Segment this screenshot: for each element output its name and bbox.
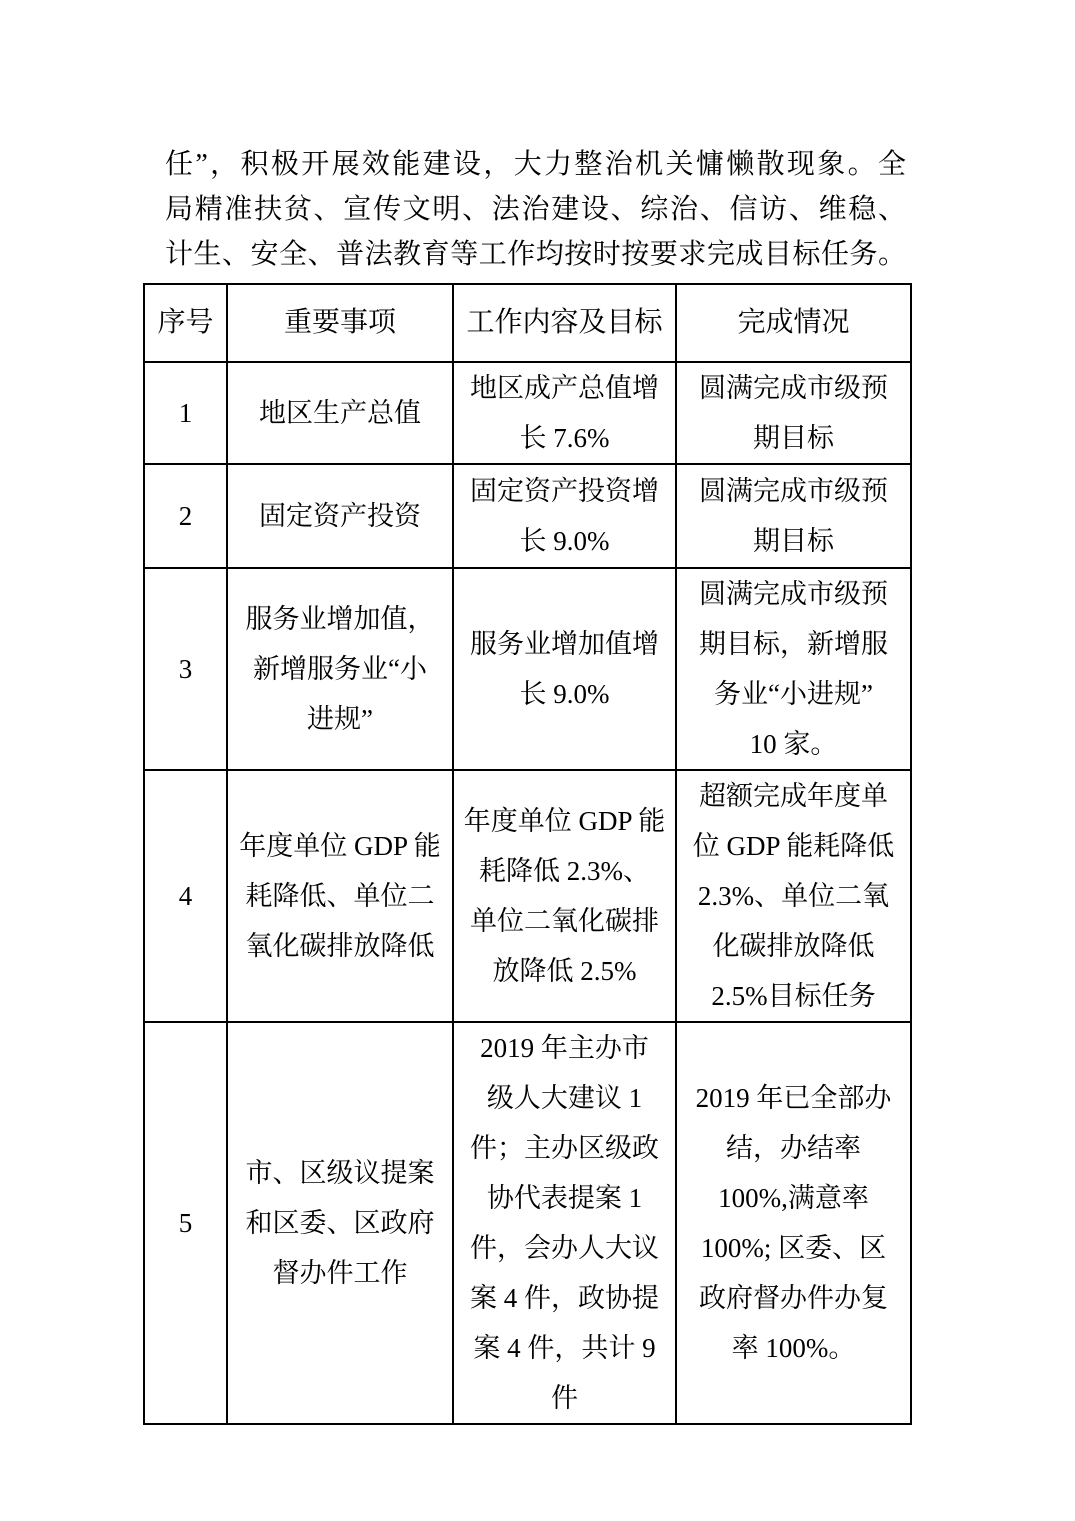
status-cell: 2019 年已全部办 结，办结率 100%,满意率 100%; 区委、区 政府督… — [676, 1022, 911, 1424]
paragraph-line-2: 局精准扶贫、宣传文明、法治建设、综治、信访、维稳、 — [165, 187, 906, 232]
status-cell: 圆满完成市级预 期目标，新增服 务业“小进规” 10 家。 — [676, 568, 911, 770]
body-paragraph: 任”，积极开展效能建设，大力整治机关慵懒散现象。全 局精准扶贫、宣传文明、法治建… — [165, 0, 906, 277]
table-row-5: 5 市、区级议提案 和区委、区政府 督办件工作 2019 年主办市 级人大建议 … — [144, 1022, 911, 1424]
target-cell: 年度单位 GDP 能 耗降低 2.3%、 单位二氧化碳排 放降低 2.5% — [453, 770, 676, 1022]
table-row-4: 4 年度单位 GDP 能 耗降低、单位二 氧化碳排放降低 年度单位 GDP 能 … — [144, 770, 911, 1022]
target-cell: 服务业增加值增 长 9.0% — [453, 568, 676, 770]
item-cell: 年度单位 GDP 能 耗降低、单位二 氧化碳排放降低 — [227, 770, 453, 1022]
table-header-row: 序号 重要事项 工作内容及目标 完成情况 — [144, 284, 911, 362]
target-cell: 固定资产投资增 长 9.0% — [453, 464, 676, 568]
header-cell-target: 工作内容及目标 — [453, 284, 676, 362]
work-summary-table: 序号 重要事项 工作内容及目标 完成情况 1 地区生产总值 地区成产总值增 长 … — [143, 283, 912, 1425]
header-cell-status: 完成情况 — [676, 284, 911, 362]
target-cell: 2019 年主办市 级人大建议 1 件；主办区级政 协代表提案 1 件，会办人大… — [453, 1022, 676, 1424]
document-page: 任”，积极开展效能建设，大力整治机关慵懒散现象。全 局精准扶贫、宣传文明、法治建… — [0, 0, 1075, 1521]
paragraph-line-1: 任”，积极开展效能建设，大力整治机关慵懒散现象。全 — [165, 142, 906, 187]
target-cell: 地区成产总值增 长 7.6% — [453, 362, 676, 464]
status-cell: 圆满完成市级预 期目标 — [676, 464, 911, 568]
item-cell: 地区生产总值 — [227, 362, 453, 464]
row-number-cell: 1 — [144, 362, 227, 464]
paragraph-line-3: 计生、安全、普法教育等工作均按时按要求完成目标任务。 — [165, 232, 906, 277]
table-row-2: 2 固定资产投资 固定资产投资增 长 9.0% 圆满完成市级预 期目标 — [144, 464, 911, 568]
status-cell: 圆满完成市级预 期目标 — [676, 362, 911, 464]
item-cell: 市、区级议提案 和区委、区政府 督办件工作 — [227, 1022, 453, 1424]
status-cell: 超额完成年度单 位 GDP 能耗降低 2.3%、单位二氧 化碳排放降低 2.5%… — [676, 770, 911, 1022]
item-cell: 服务业增加值， 新增服务业“小 进规” — [227, 568, 453, 770]
header-cell-index: 序号 — [144, 284, 227, 362]
table-row-3: 3 服务业增加值， 新增服务业“小 进规” 服务业增加值增 长 9.0% 圆满完… — [144, 568, 911, 770]
row-number-cell: 3 — [144, 568, 227, 770]
row-number-cell: 2 — [144, 464, 227, 568]
row-number-cell: 4 — [144, 770, 227, 1022]
item-cell: 固定资产投资 — [227, 464, 453, 568]
table-row-1: 1 地区生产总值 地区成产总值增 长 7.6% 圆满完成市级预 期目标 — [144, 362, 911, 464]
row-number-cell: 5 — [144, 1022, 227, 1424]
header-cell-item: 重要事项 — [227, 284, 453, 362]
